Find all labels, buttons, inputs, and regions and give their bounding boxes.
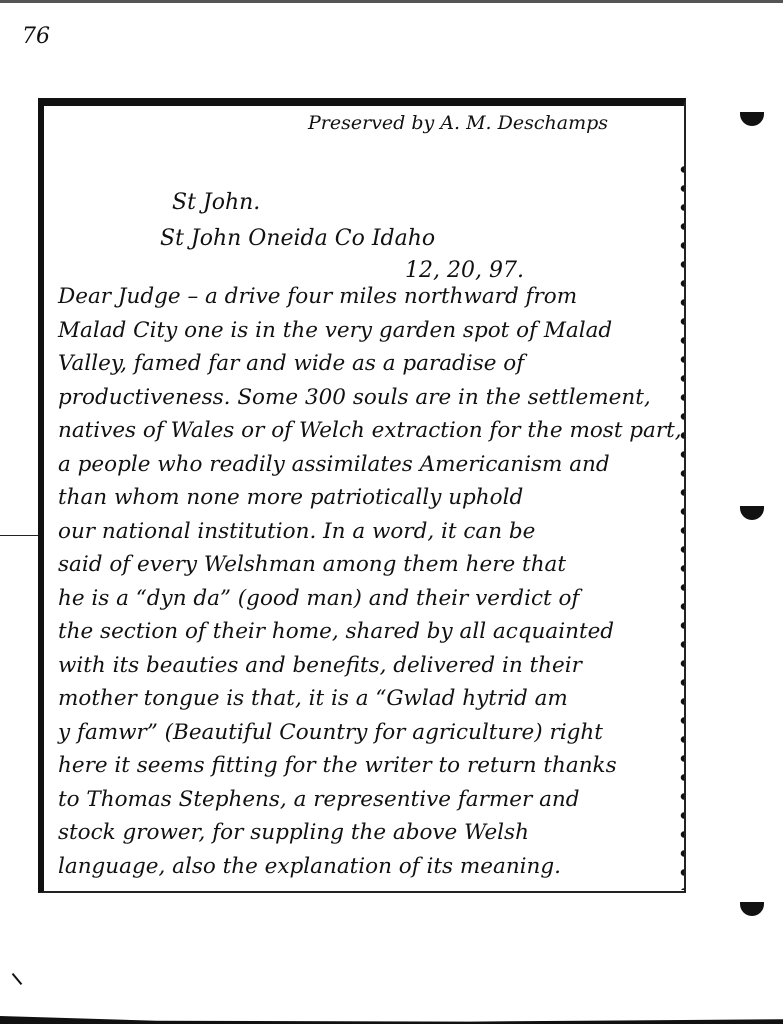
letter-body: Dear Judge – a drive four miles northwar… <box>58 280 678 883</box>
punch-hole-icon <box>740 112 764 126</box>
scan-artifact <box>12 973 23 985</box>
body-line: mother tongue is that, it is a “Gwlad hy… <box>58 682 678 716</box>
scan-bottom-edge <box>0 1016 783 1024</box>
body-line: a people who readily assimilates America… <box>58 448 678 482</box>
heading-place-short: St John. <box>172 190 260 215</box>
page-number: 76 <box>22 24 50 49</box>
body-line: Valley, famed far and wide as a paradise… <box>58 347 678 381</box>
body-line: Malad City one is in the very garden spo… <box>58 314 678 348</box>
body-line: productiveness. Some 300 souls are in th… <box>58 381 678 415</box>
body-line: than whom none more patriotically uphold <box>58 481 678 515</box>
body-line: he is a “dyn da” (good man) and their ve… <box>58 582 678 616</box>
punch-hole-icon <box>740 902 764 916</box>
body-line: the section of their home, shared by all… <box>58 615 678 649</box>
body-line: said of every Welshman among them here t… <box>58 548 678 582</box>
scan-top-edge <box>0 0 783 3</box>
preserved-by-note: Preserved by A. M. Deschamps <box>308 112 608 134</box>
body-line: our national institution. In a word, it … <box>58 515 678 549</box>
body-line: stock grower, for suppling the above Wel… <box>58 816 678 850</box>
body-line: Dear Judge – a drive four miles northwar… <box>58 280 678 314</box>
punch-hole-icon <box>740 506 764 520</box>
body-line: with its beauties and benefits, delivere… <box>58 649 678 683</box>
body-line: natives of Wales or of Welch extraction … <box>58 414 678 448</box>
heading-place-full: St John Oneida Co Idaho <box>160 226 435 251</box>
body-line: y famwr” (Beautiful Country for agricult… <box>58 716 678 750</box>
body-line: here it seems fitting for the writer to … <box>58 749 678 783</box>
body-line: language, also the explanation of its me… <box>58 850 678 884</box>
body-line: to Thomas Stephens, a representive farme… <box>58 783 678 817</box>
